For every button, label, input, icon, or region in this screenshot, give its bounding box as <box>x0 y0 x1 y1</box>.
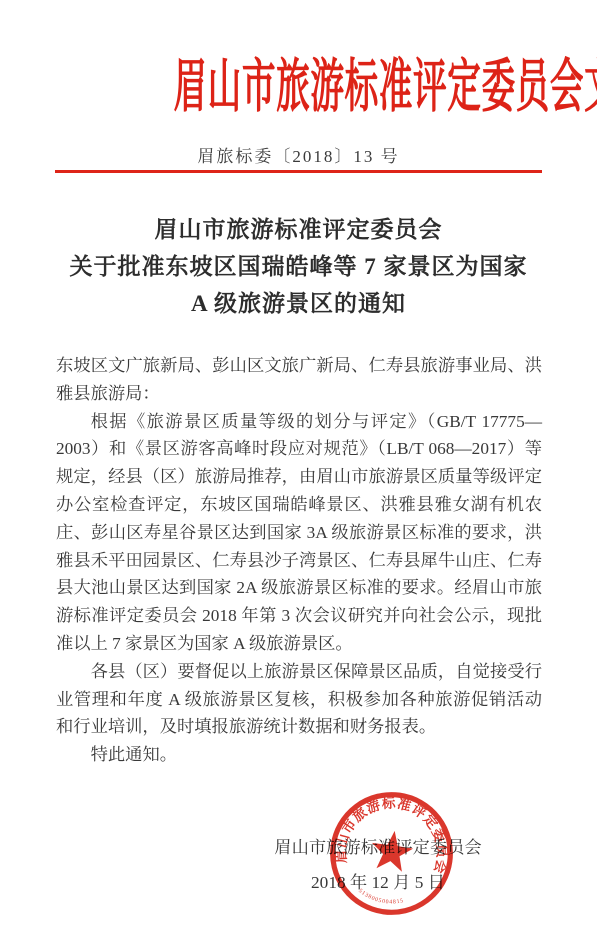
body-paragraph: 根据《旅游景区质量等级的划分与评定》（GB/T 17775—2003）和《景区游… <box>56 408 542 658</box>
doc-title-line2: 关于批准东坡区国瑞皓峰等 7 家景区为国家 <box>0 248 597 285</box>
salutation: 东坡区文广旅新局、彭山区文旅广新局、仁寿县旅游事业局、洪雅县旅游局： <box>56 352 542 408</box>
body-paragraph: 各县（区）要督促以上旅游景区保障景区品质，自觉接受行业管理和年度 A 级旅游景区… <box>56 658 542 741</box>
seal-star-icon <box>369 828 416 873</box>
official-seal: 眉山市旅游标准评定委员会 5138005004815 <box>320 782 463 925</box>
divider-rule <box>55 170 542 173</box>
body-paragraph: 特此通知。 <box>56 741 542 769</box>
letterhead: 眉山市旅游标准评定委员会文件 <box>0 48 597 126</box>
doc-title-line3: A 级旅游景区的通知 <box>0 285 597 322</box>
doc-number: 眉旅标委〔2018〕13 号 <box>0 142 597 167</box>
document-page: 眉山市旅游标准评定委员会文件 眉旅标委〔2018〕13 号 眉山市旅游标准评定委… <box>0 0 597 943</box>
doc-title-line1: 眉山市旅游标准评定委员会 <box>0 211 597 248</box>
doc-body: 东坡区文广旅新局、彭山区文旅广新局、仁寿县旅游事业局、洪雅县旅游局： 根据《旅游… <box>56 352 542 769</box>
letterhead-title: 眉山市旅游标准评定委员会文件 <box>173 48 597 126</box>
doc-title: 眉山市旅游标准评定委员会 关于批准东坡区国瑞皓峰等 7 家景区为国家 A 级旅游… <box>0 211 597 322</box>
